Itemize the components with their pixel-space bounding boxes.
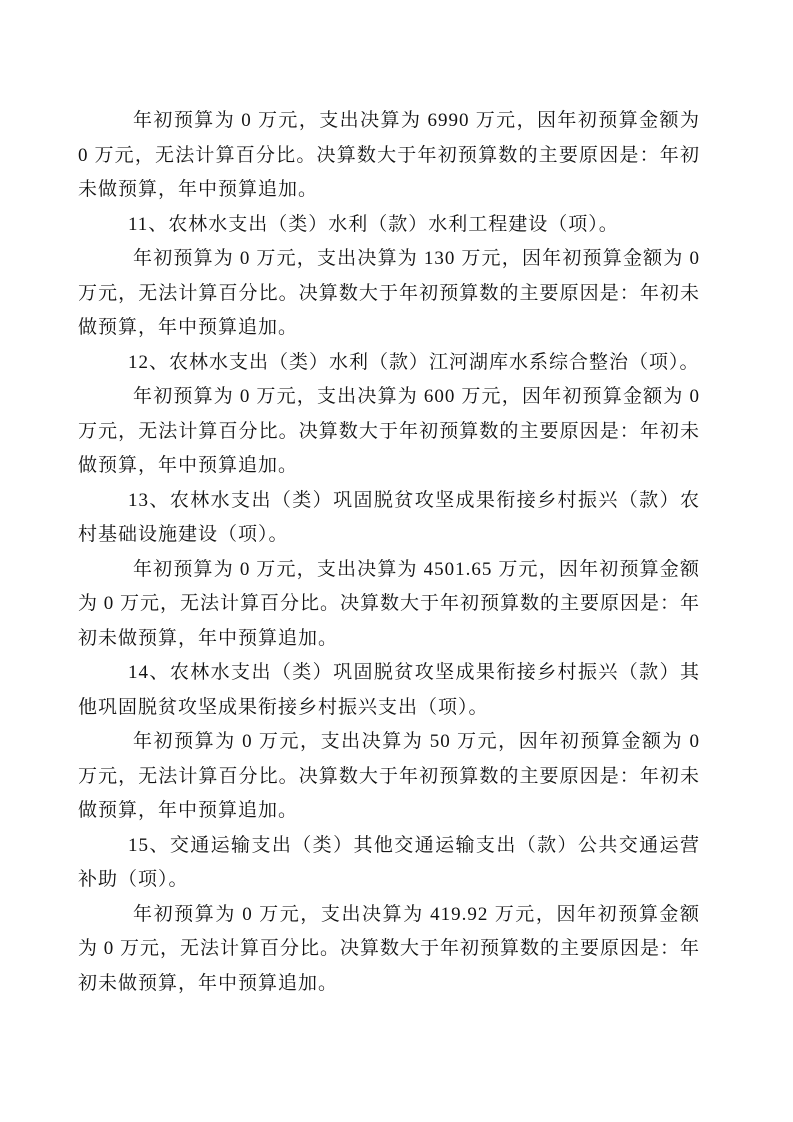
expense-item-heading-13: 13、农林水支出（类）巩固脱贫攻坚成果衔接乡村振兴（款）农村基础设施建设（项）。 (78, 484, 700, 553)
budget-note-paragraph-item15: 年初预算为 0 万元，支出决算为 419.92 万元，因年初预算金额为 0 万元… (78, 898, 700, 1002)
budget-note-paragraph-item10: 年初预算为 0 万元，支出决算为 6990 万元，因年初预算金额为 0 万元，无… (78, 104, 700, 208)
expense-item-heading-11: 11、农林水支出（类）水利（款）水利工程建设（项）。 (78, 208, 700, 243)
expense-item-heading-12: 12、农林水支出（类）水利（款）江河湖库水系综合整治（项）。 (78, 346, 700, 381)
budget-note-paragraph-item11: 年初预算为 0 万元，支出决算为 130 万元，因年初预算金额为 0 万元，无法… (78, 242, 700, 346)
expense-item-heading-15: 15、交通运输支出（类）其他交通运输支出（款）公共交通运营补助（项）。 (78, 829, 700, 898)
budget-note-paragraph-item14: 年初预算为 0 万元，支出决算为 50 万元，因年初预算金额为 0 万元，无法计… (78, 725, 700, 829)
budget-note-paragraph-item13: 年初预算为 0 万元，支出决算为 4501.65 万元，因年初预算金额为 0 万… (78, 553, 700, 657)
budget-note-paragraph-item12: 年初预算为 0 万元，支出决算为 600 万元，因年初预算金额为 0 万元，无法… (78, 380, 700, 484)
document-page: 年初预算为 0 万元，支出决算为 6990 万元，因年初预算金额为 0 万元，无… (0, 0, 793, 1122)
expense-item-heading-14: 14、农林水支出（类）巩固脱贫攻坚成果衔接乡村振兴（款）其他巩固脱贫攻坚成果衔接… (78, 656, 700, 725)
